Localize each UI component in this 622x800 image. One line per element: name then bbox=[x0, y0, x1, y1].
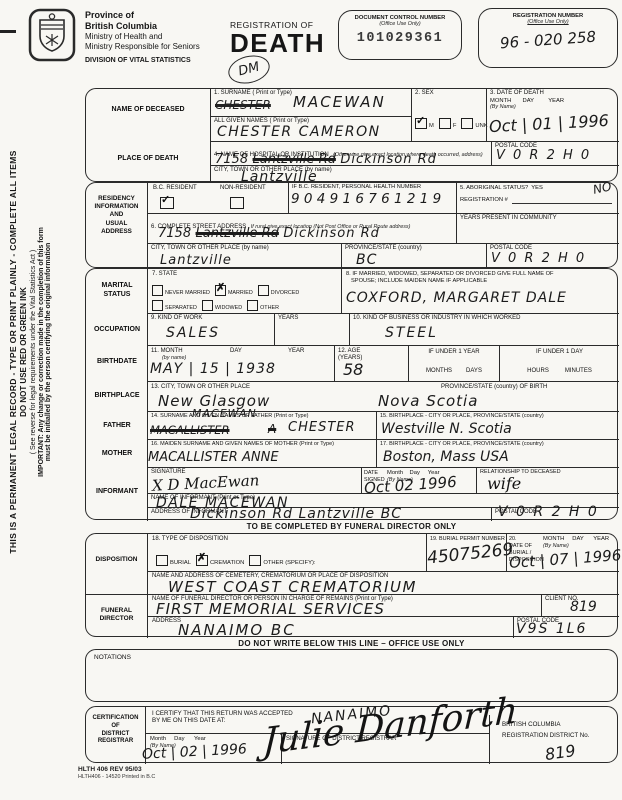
disposition-date-cell: 20. DATE OF BURIAL / DISPOSITION MONTH D… bbox=[506, 534, 619, 571]
phn-value: 9 0 4 9 1 6 7 6 1 2 1 9 bbox=[291, 191, 441, 207]
sidebar-line5: must be initialled by the person certify… bbox=[45, 96, 52, 608]
ministry-line1: Ministry of Health and bbox=[85, 32, 235, 42]
funeral-director-name-cell: NAME OF FUNERAL DIRECTOR OR PERSON IN CH… bbox=[148, 594, 541, 616]
father-name-label: 14. SURNAME AND GIVEN NAMES OF FATHER (P… bbox=[151, 413, 376, 420]
father-name-struck: MACALLISTER bbox=[150, 423, 229, 437]
father-label: FATHER bbox=[86, 421, 148, 430]
aboriginal-value: NO bbox=[591, 179, 612, 197]
personal-health-number-cell: IF B.C. RESIDENT, PERSONAL HEALTH NUMBER… bbox=[288, 183, 456, 213]
certification-label-1: CERTIFICATION bbox=[86, 715, 145, 723]
mother-birthplace-cell: 17. BIRTHPLACE - CITY OR PLACE, PROVINCE… bbox=[376, 439, 619, 467]
checkbox-widowed bbox=[202, 300, 213, 311]
age-value: 58 bbox=[343, 360, 363, 379]
marital-label-2: STATUS bbox=[86, 290, 148, 299]
mother-label: MOTHER bbox=[86, 449, 148, 458]
informant-label: INFORMANT bbox=[86, 487, 148, 496]
birthplace-city-label: 13. CITY, TOWN OR OTHER PLACE bbox=[151, 384, 250, 391]
married-label: MARRIED bbox=[228, 290, 253, 296]
check-mark-icon: ✓ bbox=[161, 193, 170, 206]
checkbox-non-resident bbox=[230, 197, 244, 209]
division-label: DIVISION OF VITAL STATISTICS bbox=[85, 57, 235, 64]
informant-relationship-cell: RELATIONSHIP TO DECEASED wife bbox=[476, 467, 619, 493]
given-names-cell: ALL GIVEN NAMES ( Print or Type) CHESTER… bbox=[211, 116, 411, 141]
place-of-death-label: PLACE OF DEATH bbox=[86, 154, 210, 163]
industry-cell: 10. KIND OF BUSINESS OR INDUSTRY IN WHIC… bbox=[349, 313, 619, 345]
name-of-deceased-label-cell: NAME OF DECEASED bbox=[86, 89, 211, 141]
father-birthplace-cell: 15. BIRTHPLACE - CITY OR PLACE, PROVINCE… bbox=[376, 411, 619, 439]
years-in-community-label: YEARS PRESENT IN COMMUNITY bbox=[460, 215, 619, 222]
residence-city-cell: CITY, TOWN OR OTHER PLACE (by name) Lant… bbox=[148, 243, 341, 269]
registration-district-value: 819 bbox=[544, 741, 577, 764]
province-line1: Province of bbox=[85, 10, 235, 21]
funeral-director-address-value: NANAIMO BC bbox=[178, 621, 296, 639]
spouse-label-2: SPOUSE; INCLUDE MAIDEN NAME IF APPLICABL… bbox=[351, 278, 619, 285]
form-footer: HLTH 406 REV 95/03 HLTH406 - 14520 Print… bbox=[78, 766, 155, 780]
under-one-day-cell: IF UNDER 1 DAY HOURSMINUTES bbox=[499, 345, 619, 381]
years-in-community-cell: YEARS PRESENT IN COMMUNITY bbox=[456, 213, 619, 243]
province-line2: British Columbia bbox=[85, 21, 235, 32]
sidebar-line4: IMPORTANT: Any change or correction made… bbox=[38, 96, 45, 608]
funeral-director-label-cell: FUNERAL DIRECTOR bbox=[86, 594, 148, 638]
print-note: HLTH406 - 14520 Printed in B.C bbox=[78, 774, 155, 780]
residence-province-cell: PROVINCE/STATE (country) BC bbox=[341, 243, 486, 269]
disposition-date-columns: MONTH DAY YEAR bbox=[543, 536, 609, 542]
under-one-day-label: IF UNDER 1 DAY bbox=[500, 349, 619, 356]
surname-value: MACEWAN bbox=[293, 93, 386, 111]
checkbox-divorced bbox=[258, 285, 269, 296]
father-name-value: CHESTER bbox=[288, 420, 356, 435]
name-of-deceased-label: NAME OF DECEASED bbox=[86, 105, 210, 114]
checkbox-cremation: ✗ bbox=[196, 555, 208, 566]
cremation-label: CREMATION bbox=[210, 560, 244, 566]
death-city-cell: CITY, TOWN OR OTHER PLACE (by name) Lant… bbox=[211, 165, 619, 183]
client-number-value: 819 bbox=[570, 599, 597, 615]
father-birthplace-label: 15. BIRTHPLACE - CITY OR PLACE, PROVINCE… bbox=[380, 413, 619, 420]
document-control-number-box: DOCUMENT CONTROL NUMBER (Office Use Only… bbox=[338, 10, 462, 60]
residency-label-4: USUAL bbox=[86, 220, 147, 228]
birthplace-province-value: Nova Scotia bbox=[378, 392, 478, 410]
group-name-place: NAME OF DECEASED 1. SURNAME ( Print or T… bbox=[85, 88, 618, 182]
checkbox-burial bbox=[156, 555, 168, 566]
father-birthplace-value: Westville N. Scotia bbox=[381, 421, 512, 437]
divorced-label: DIVORCED bbox=[271, 290, 299, 296]
separated-label: SEPARATED bbox=[165, 305, 197, 311]
form-title: REGISTRATION OF DEATH bbox=[230, 20, 330, 57]
given-names-value: CHESTER CAMERON bbox=[217, 124, 381, 140]
non-resident-label: NON-RESIDENT bbox=[220, 185, 266, 192]
mother-birthplace-label: 17. BIRTHPLACE - CITY OR PLACE, PROVINCE… bbox=[380, 441, 619, 448]
residence-city-label: CITY, TOWN OR OTHER PLACE (by name) bbox=[151, 245, 341, 252]
birthdate-cell: 11. MONTH (by name) DAY YEAR MAY | 15 | … bbox=[148, 345, 334, 381]
disposition-label-cell: DISPOSITION bbox=[86, 534, 148, 594]
occupation-label: OCCUPATION bbox=[86, 325, 148, 334]
residence-postal-value: V 0 R 2 H 0 bbox=[491, 251, 586, 266]
death-postal-cell: POSTAL CODE V 0 R 2 H 0 bbox=[491, 141, 619, 165]
checkbox-never-married bbox=[152, 285, 163, 296]
death-registration-form: THIS IS A PERMANENT LEGAL RECORD - TYPE … bbox=[0, 0, 622, 800]
days-label: DAYS bbox=[466, 368, 482, 374]
check-mark-icon: ✓ bbox=[416, 114, 425, 127]
funeral-director-postal-value: V9S 1L6 bbox=[516, 621, 587, 637]
never-married-label: NEVER MARRIED bbox=[165, 290, 210, 296]
father-name-correction: MACEWAN bbox=[192, 407, 257, 420]
date-of-death-value: Oct | 01 | 1996 bbox=[489, 111, 610, 136]
notations-box: NOTATIONS bbox=[85, 649, 618, 702]
birthplace-label: BIRTHPLACE bbox=[86, 391, 148, 400]
registrar-date-columns: Month Day Year bbox=[150, 736, 206, 742]
x-mark-icon: ✗ bbox=[197, 551, 206, 564]
group-disposition-funeral: DISPOSITION 18. TYPE OF DISPOSITION BURI… bbox=[85, 533, 618, 637]
work-years-label: YEARS bbox=[278, 315, 349, 322]
mother-name-cell: 16. MAIDEN SURNAME AND GIVEN NAMES OF MO… bbox=[148, 439, 376, 467]
mother-birthplace-value: Boston, Mass USA bbox=[383, 449, 509, 465]
british-columbia-label: BRITISH COLUMBIA bbox=[502, 721, 619, 728]
date-of-death-cell: 3. DATE OF DEATH MONTH DAY YEAR (By Name… bbox=[486, 89, 619, 141]
bc-resident-cell: B.C. RESIDENT NON-RESIDENT ✓ bbox=[148, 183, 288, 213]
disposition-type-label: 18. TYPE OF DISPOSITION bbox=[152, 536, 426, 543]
burial-permit-value: 45075269 bbox=[426, 540, 514, 569]
checkbox-married: ✗ bbox=[215, 285, 226, 296]
age-label: 12. AGE bbox=[338, 348, 408, 355]
informant-address-value: Dickinson Rd Lantzville BC bbox=[190, 506, 402, 522]
age-cell: 12. AGE (YEARS) 58 bbox=[334, 345, 408, 381]
informant-postal-cell: POSTAL CODE V 0 R 2 H 0 bbox=[491, 507, 619, 521]
registration-number-line bbox=[512, 203, 612, 204]
widowed-label: WIDOWED bbox=[215, 305, 242, 311]
notations-label: NOTATIONS bbox=[94, 654, 617, 662]
residency-label-1: RESIDENCY bbox=[86, 195, 147, 203]
bc-coat-of-arms-icon bbox=[28, 8, 76, 62]
informant-address-cell: ADDRESS OF INFORMANT Dickinson Rd Lantzv… bbox=[148, 507, 491, 521]
group-personal-details: MARITAL STATUS 7. STATE NEVER MARRIED✗MA… bbox=[85, 268, 618, 520]
sex-option-f-label: F bbox=[453, 123, 457, 129]
disposition-date-label-1: 20. bbox=[509, 536, 517, 542]
bc-resident-label: B.C. RESIDENT bbox=[153, 185, 197, 192]
death-postal-value: V 0 R 2 H 0 bbox=[496, 148, 591, 163]
sidebar-line3: ( See reverse for legal requirements und… bbox=[30, 96, 37, 608]
birthdate-label: BIRTHDATE bbox=[86, 357, 148, 366]
registration-number-label: REGISTRATION # bbox=[460, 197, 508, 204]
residency-label-3: AND bbox=[86, 211, 147, 219]
reviewer-initials: DM bbox=[237, 60, 261, 80]
residency-label-2: INFORMATION bbox=[86, 203, 147, 211]
aboriginal-status-cell: 5. ABORIGINAL STATUS? YES NO REGISTRATIO… bbox=[456, 183, 619, 213]
registrar-date-cell: Month Day Year (By Name) Oct | 02 | 1996 bbox=[146, 733, 281, 764]
other-disposition-label: OTHER (SPECIFY): bbox=[263, 560, 315, 566]
ministry-line2: Ministry Responsible for Seniors bbox=[85, 42, 235, 52]
birthplace-province-label: PROVINCE/STATE (country) OF BIRTH bbox=[441, 384, 547, 391]
mother-name-label: 16. MAIDEN SURNAME AND GIVEN NAMES OF MO… bbox=[151, 441, 376, 448]
certification-label-2: OF bbox=[86, 723, 145, 731]
death-location-cell: 4. NAME OF HOSPITAL OR INSTITUTION (Othe… bbox=[211, 141, 491, 165]
funeral-director-address-cell: ADDRESS NANAIMO BC bbox=[148, 616, 513, 638]
x-mark-icon: ✗ bbox=[216, 281, 225, 294]
spouse-value: COXFORD, MARGARET DALE bbox=[346, 290, 567, 306]
registration-district-label: REGISTRATION DISTRICT No. bbox=[502, 732, 619, 739]
industry-label: 10. KIND OF BUSINESS OR INDUSTRY IN WHIC… bbox=[353, 315, 619, 322]
sex-option-m-label: M bbox=[429, 123, 434, 129]
checkbox-sex-f bbox=[439, 118, 451, 129]
work-years-cell: YEARS bbox=[274, 313, 349, 345]
street-value: Dickinson Rd bbox=[283, 226, 380, 241]
reg-number-value: 96 - 020 258 bbox=[479, 26, 618, 54]
burial-permit-cell: 19. BURIAL PERMIT NUMBER 45075269 bbox=[426, 534, 506, 571]
checkbox-sex-m: ✓ bbox=[415, 118, 427, 129]
father-name-cell: 14. SURNAME AND GIVEN NAMES OF FATHER (P… bbox=[148, 411, 376, 439]
disposition-date-byname: (By Name) bbox=[543, 543, 569, 549]
residence-postal-cell: POSTAL CODE V 0 R 2 H 0 bbox=[486, 243, 619, 269]
informant-relationship-value: wife bbox=[487, 474, 521, 493]
reg-number-sublabel: (Office Use Only) bbox=[479, 19, 617, 25]
disposition-label: DISPOSITION bbox=[86, 556, 147, 564]
checkbox-bc-resident: ✓ bbox=[160, 197, 174, 209]
birthdate-year-label: YEAR bbox=[288, 348, 304, 355]
residence-city-value: Lantzville bbox=[160, 253, 232, 268]
industry-value: STEEL bbox=[385, 325, 438, 341]
checkbox-separated bbox=[152, 300, 163, 311]
office-use-banner: DO NOT WRITE BELOW THIS LINE – OFFICE US… bbox=[85, 639, 618, 648]
informant-postal-value: V 0 R 2 H 0 bbox=[498, 504, 599, 520]
birthdate-value: MAY | 15 | 1938 bbox=[150, 361, 276, 377]
residency-label-5: ADDRESS bbox=[86, 228, 147, 236]
kind-of-work-cell: 9. KIND OF WORK SALES bbox=[148, 313, 274, 345]
minutes-label: MINUTES bbox=[565, 368, 592, 374]
surname-cell: 1. SURNAME ( Print or Type) CHESTER MACE… bbox=[211, 89, 411, 116]
marital-label-1: MARITAL bbox=[86, 281, 148, 290]
marital-state-label: 7. STATE bbox=[152, 271, 341, 278]
sidebar-line1: THIS IS A PERMANENT LEGAL RECORD - TYPE … bbox=[8, 96, 18, 608]
spouse-cell: 8. IF MARRIED, WIDOWED, SEPARATED OR DIV… bbox=[341, 269, 619, 313]
residency-label-cell: RESIDENCY INFORMATION AND USUAL ADDRESS bbox=[86, 183, 148, 269]
months-label: MONTHS bbox=[426, 368, 452, 374]
date-of-death-label: 3. DATE OF DEATH bbox=[490, 90, 619, 97]
informant-date-label-1: DATE bbox=[364, 470, 378, 476]
cemetery-cell: NAME AND ADDRESS OF CEMETERY, CREMATORIU… bbox=[148, 571, 619, 594]
residence-province-value: BC bbox=[356, 252, 377, 268]
marital-status-label: MARITAL STATUS bbox=[86, 281, 148, 299]
sidebar-line2: DO NOT USE RED OR GREEN INK bbox=[19, 96, 28, 608]
funeral-director-label-2: DIRECTOR bbox=[86, 615, 147, 623]
under-one-year-label: IF UNDER 1 YEAR bbox=[409, 349, 499, 356]
form-number: HLTH 406 REV 95/03 bbox=[78, 766, 155, 773]
certification-label-4: REGISTRAR bbox=[86, 738, 145, 746]
informant-signature-cell: SIGNATURE X D MacEwan bbox=[148, 467, 361, 493]
checkbox-other-marital bbox=[247, 300, 258, 311]
certification-label-cell: CERTIFICATION OF DISTRICT REGISTRAR bbox=[86, 707, 146, 764]
marital-state-cell: 7. STATE NEVER MARRIED✗MARRIEDDIVORCED S… bbox=[148, 269, 341, 313]
government-identity: Province of British Columbia Ministry of… bbox=[85, 10, 235, 64]
disposition-type-cell: 18. TYPE OF DISPOSITION BURIAL✗CREMATION… bbox=[148, 534, 426, 571]
under-one-year-cell: IF UNDER 1 YEAR MONTHSDAYS bbox=[408, 345, 499, 381]
mother-name-value: MACALLISTER ANNE bbox=[148, 450, 279, 465]
sidebar-instructions: THIS IS A PERMANENT LEGAL RECORD - TYPE … bbox=[8, 96, 52, 608]
date-of-death-byname: (By Name) bbox=[490, 104, 619, 110]
doc-control-value: 101029361 bbox=[339, 31, 461, 46]
scan-artifact-dash bbox=[0, 30, 16, 33]
certification-label-3: DISTRICT bbox=[86, 731, 145, 739]
funeral-director-banner: TO BE COMPLETED BY FUNERAL DIRECTOR ONLY bbox=[85, 522, 618, 531]
registration-number-box: REGISTRATION NUMBER (Office Use Only) 96… bbox=[478, 8, 618, 68]
street-struck: Lantzville Rd bbox=[196, 226, 279, 241]
informant-date-cell: DATE SIGNED Month Day Year (By Name) Oct… bbox=[361, 467, 476, 493]
kind-of-work-label: 9. KIND OF WORK bbox=[151, 315, 274, 322]
funeral-director-label-1: FUNERAL bbox=[86, 607, 147, 615]
place-of-death-label-cell: PLACE OF DEATH bbox=[86, 141, 211, 183]
other-marital-label: OTHER bbox=[260, 305, 279, 311]
burial-label: BURIAL bbox=[170, 560, 191, 566]
birthdate-day-label: DAY bbox=[230, 348, 242, 355]
sex-cell: 2. SEX ✓MFUNK bbox=[411, 89, 486, 141]
street-prefix: 7158 bbox=[158, 226, 191, 241]
group-residency: RESIDENCY INFORMATION AND USUAL ADDRESS … bbox=[85, 182, 618, 268]
doc-control-sublabel: (Office Use Only) bbox=[339, 21, 461, 27]
spouse-label-1: 8. IF MARRIED, WIDOWED, SEPARATED OR DIV… bbox=[346, 271, 619, 278]
street-address-cell: 6. COMPLETE STREET ADDRESS If rural give… bbox=[148, 213, 456, 243]
sex-label: 2. SEX bbox=[415, 90, 486, 97]
funeral-director-postal-cell: POSTAL CODE V9S 1L6 bbox=[513, 616, 619, 638]
checkbox-sex-unk bbox=[461, 118, 473, 129]
aboriginal-label: 5. ABORIGINAL STATUS? YES bbox=[460, 185, 543, 191]
phn-label: IF B.C. RESIDENT, PERSONAL HEALTH NUMBER bbox=[292, 184, 456, 191]
hours-label: HOURS bbox=[527, 368, 549, 374]
checkbox-other-disposition bbox=[249, 555, 261, 566]
surname-struck-value: CHESTER bbox=[215, 98, 271, 112]
client-number-cell: CLIENT NO. 819 bbox=[541, 594, 619, 616]
disposition-date-label-2: DATE OF bbox=[509, 543, 532, 549]
father-name-struck-2: A bbox=[268, 422, 276, 436]
kind-of-work-value: SALES bbox=[166, 325, 220, 341]
death-title: DEATH bbox=[230, 30, 330, 57]
